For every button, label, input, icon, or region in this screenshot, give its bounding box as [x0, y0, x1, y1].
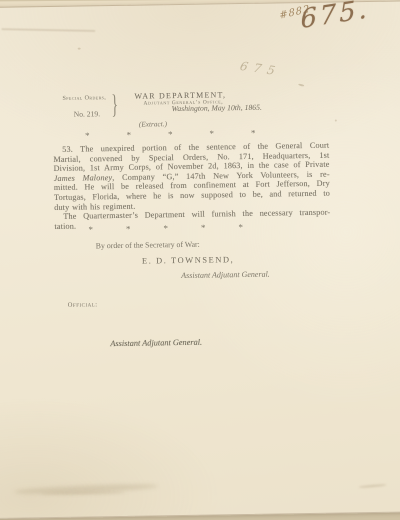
scan-background: #882 675. 675 Special Orders, No. 219. }…: [0, 0, 400, 520]
pencil-number: 675: [238, 59, 282, 78]
foxing-speck: [78, 48, 81, 50]
pencil-smudge: [41, 491, 126, 495]
official-countersign-title: Assistant Adjutant General.: [110, 338, 202, 348]
order-number: No. 219.: [74, 109, 101, 118]
asterisk-separator-bottom: *****: [88, 222, 276, 235]
dateline: Washington, May 10th, 1865.: [172, 103, 262, 113]
soldier-name: James Maloney: [54, 173, 113, 183]
asterisk-separator-top: *****: [85, 127, 293, 140]
pencil-smudge: [359, 484, 387, 488]
document-page: #882 675. 675 Special Orders, No. 219. }…: [0, 0, 400, 519]
official-label: Official:: [68, 301, 98, 308]
signature-title: Assistant Adjutant General.: [181, 270, 270, 280]
paper-crease: [1, 28, 95, 32]
page-content: #882 675. 675 Special Orders, No. 219. }…: [1, 0, 400, 520]
pencil-mark: [298, 83, 304, 86]
extract-label: (Extract.): [139, 119, 167, 128]
signature-name: E. D. TOWNSEND,: [142, 255, 234, 265]
order-body-text: 53. The unexpired portion of the sentenc…: [53, 141, 330, 232]
special-orders-label: Special Orders,: [62, 95, 106, 102]
handwritten-page-number: 675.: [300, 0, 370, 35]
brace-glyph: }: [111, 91, 118, 118]
by-order-line: By order of the Secretary of War:: [96, 240, 200, 251]
foxing-speck: [335, 120, 337, 122]
